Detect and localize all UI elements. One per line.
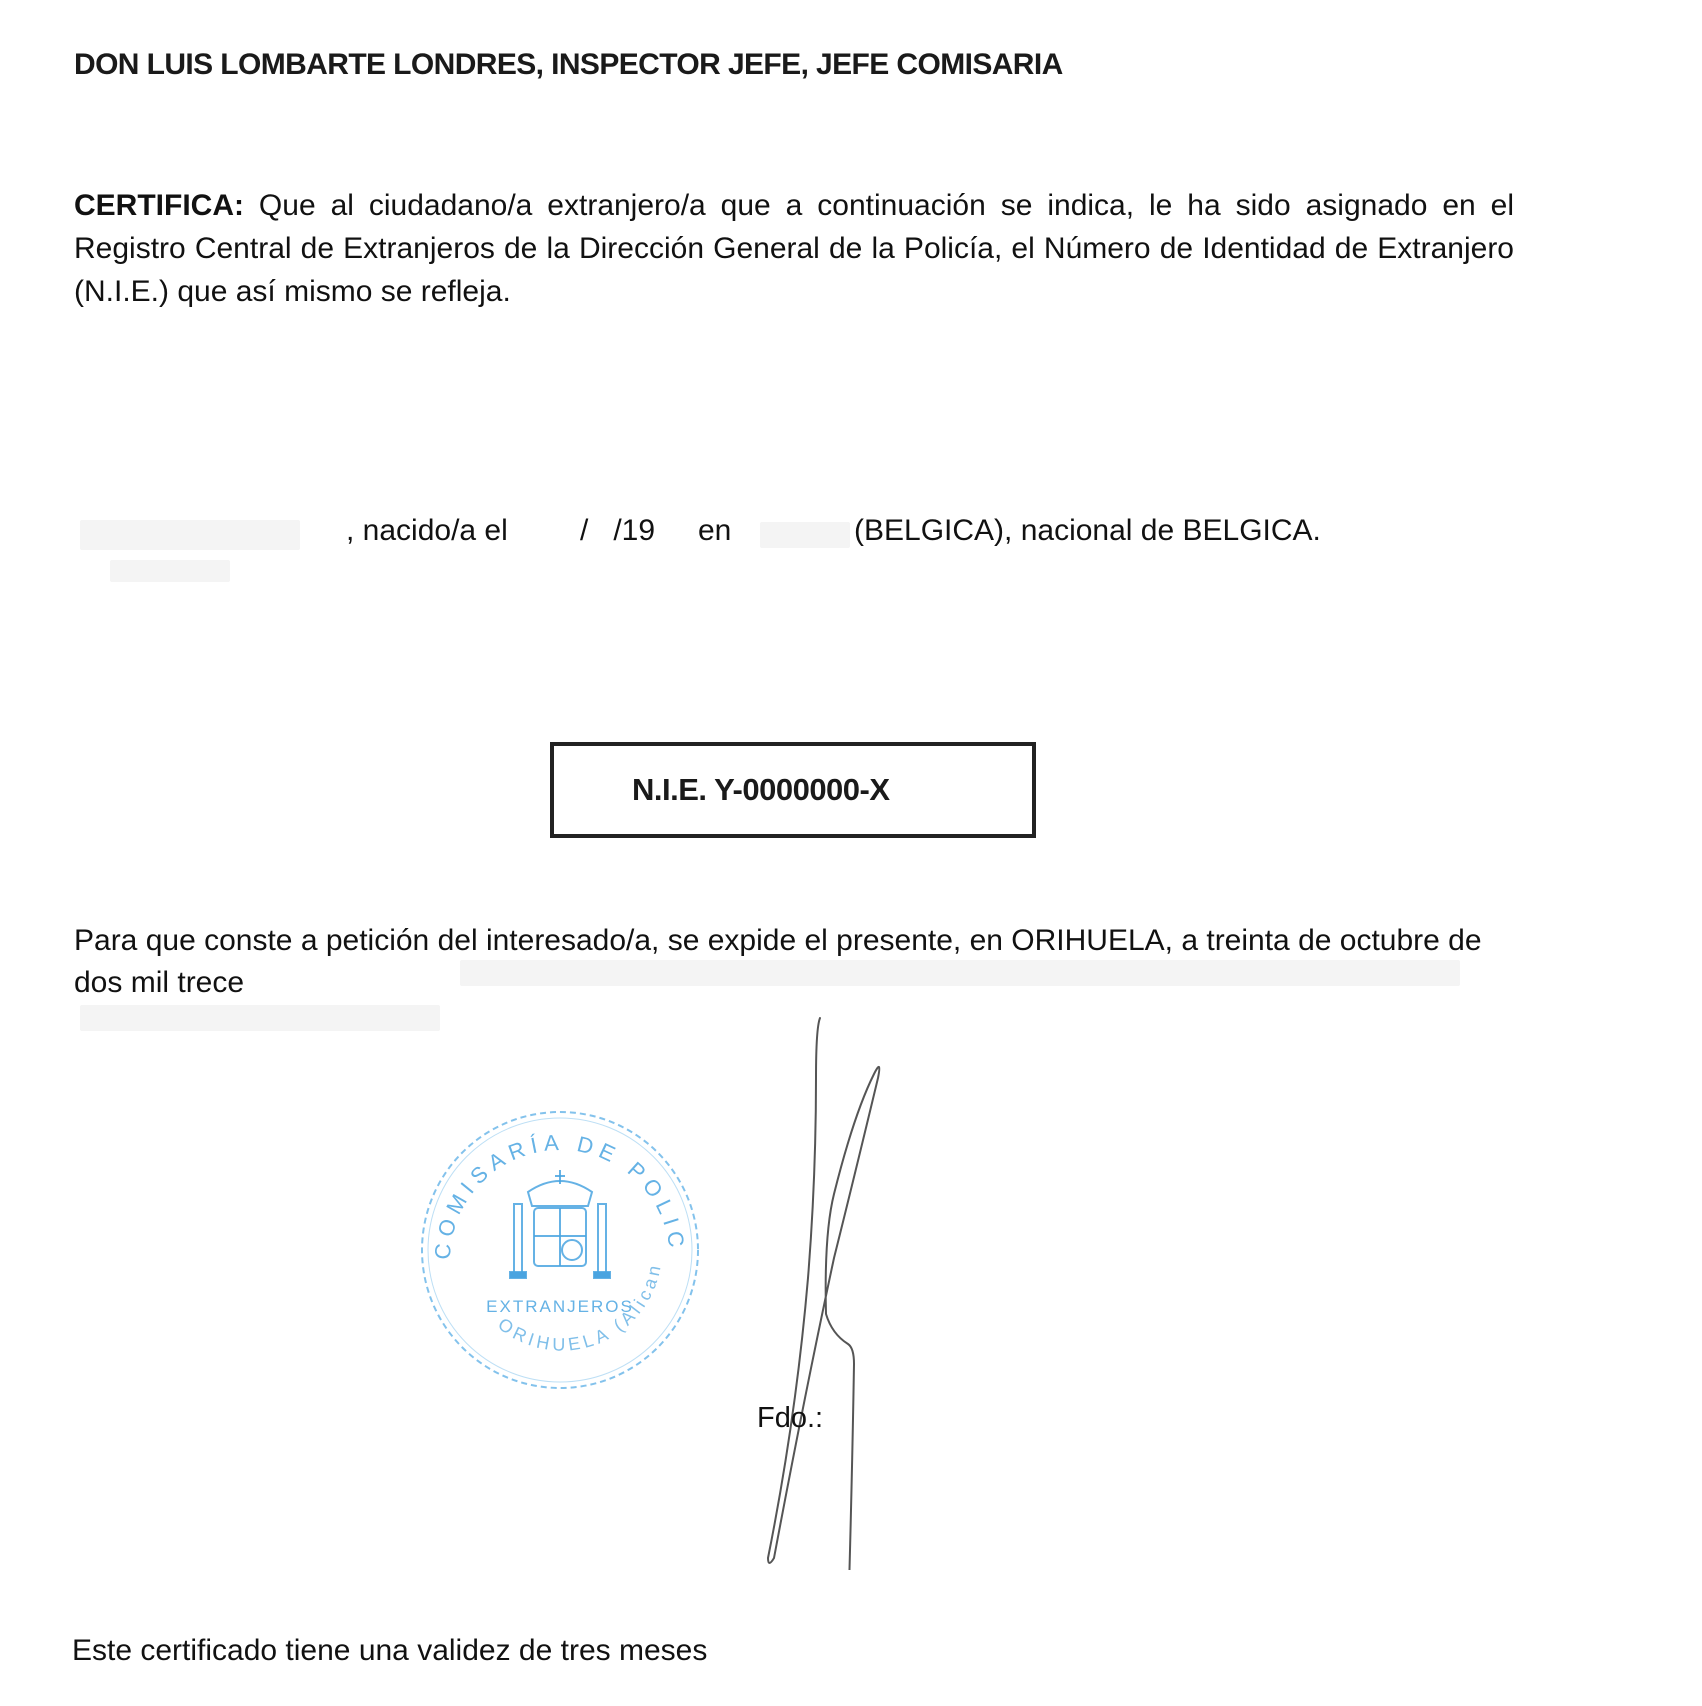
birth-nationality: (BELGICA), nacional de BELGICA. — [854, 514, 1321, 548]
coat-of-arms-icon — [510, 1170, 610, 1278]
birth-in-label: en — [698, 514, 731, 548]
nie-box: N.I.E. Y-0000000-X — [550, 742, 1036, 838]
certifica-paragraph: CERTIFICA: Que al ciudadano/a extranjero… — [74, 184, 1514, 313]
signature — [720, 1010, 900, 1570]
certifica-text: Que al ciudadano/a extranjero/a que a co… — [74, 189, 1514, 308]
redacted-name-line2 — [110, 560, 230, 582]
certifica-label: CERTIFICA: — [74, 189, 244, 222]
redacted-line-2 — [80, 1005, 440, 1031]
nie-number: N.I.E. Y-0000000-X — [632, 772, 890, 808]
birth-date: / /19 — [580, 514, 655, 548]
validity-note: Este certificado tiene una validez de tr… — [72, 1634, 707, 1668]
stamp-center-text: EXTRANJEROS — [486, 1297, 634, 1316]
police-stamp: COMISARÍA DE POLICÍA ORIHUELA (Alicante)… — [410, 1100, 710, 1400]
certificate-heading: DON LUIS LOMBARTE LONDRES, INSPECTOR JEF… — [74, 48, 1063, 82]
birth-line: , nacido/a el / /19 en (BELGICA), nacion… — [74, 514, 1534, 559]
signature-label: Fdo.: — [757, 1402, 823, 1435]
signature-scribble-icon — [720, 1010, 900, 1570]
birth-born-label: , nacido/a el — [346, 514, 508, 548]
closing-paragraph: Para que conste a petición del interesad… — [74, 920, 1514, 1004]
stamp-seal-icon: COMISARÍA DE POLICÍA ORIHUELA (Alicante)… — [410, 1100, 710, 1400]
